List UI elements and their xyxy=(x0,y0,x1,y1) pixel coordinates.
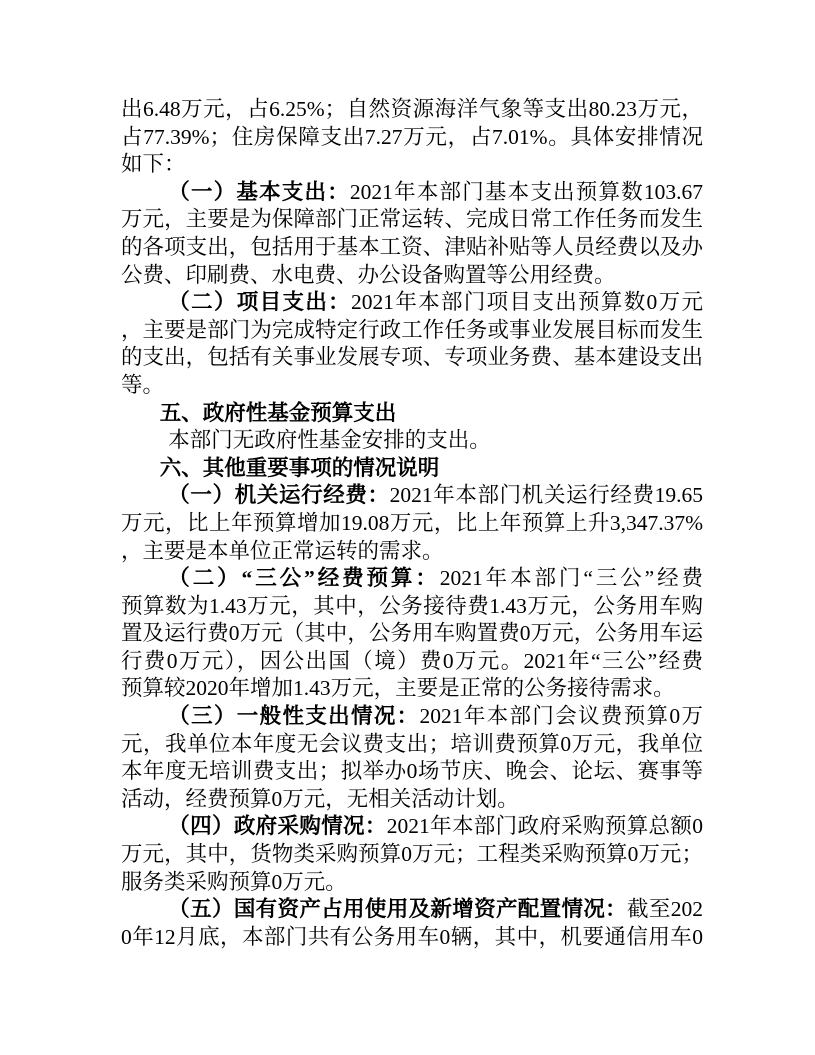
document-page: 出6.48万元，占6.25%；自然资源海洋气象等支出80.23万元，占77.39… xyxy=(0,0,815,1055)
line-text: 2021年本部门项目支出预算数0万元 xyxy=(351,290,703,314)
text-line: ，主要是本单位正常运转的需求。 xyxy=(121,538,703,566)
text-line: 的支出，包括有关事业发展专项、专项业务费、基本建设支出 xyxy=(121,344,703,372)
text-line: （三）一般性支出情况：2021年本部门会议费预算0万 xyxy=(121,703,703,731)
text-line: 等。 xyxy=(121,372,703,400)
line-bold-text: （二）“三公”经费预算： xyxy=(168,566,439,590)
text-line: 六、其他重要事项的情况说明 xyxy=(121,455,703,483)
text-line: 本部门无政府性基金安排的支出。 xyxy=(121,427,703,455)
line-text: 2021年本部门“三公”经费 xyxy=(440,566,703,590)
line-text: 2021年本部门机关运行经费19.65 xyxy=(390,483,703,507)
line-bold-text: （二）项目支出： xyxy=(168,290,351,314)
text-line: ，主要是部门为完成特定行政工作任务或事业发展目标而发生 xyxy=(121,317,703,345)
text-line: （二）“三公”经费预算：2021年本部门“三公”经费 xyxy=(121,565,703,593)
line-text: 2021年本部门会议费预算0万 xyxy=(420,704,703,728)
line-text: 活动，经费预算0万元，无相关活动计划。 xyxy=(121,787,519,811)
line-bold-text: （三）一般性支出情况： xyxy=(168,704,419,728)
text-line: 万元，其中，货物类采购预算0万元；工程类采购预算0万元； xyxy=(121,841,703,869)
line-text: ，主要是本单位正常运转的需求。 xyxy=(121,539,444,563)
text-line: 服务类采购预算0万元。 xyxy=(121,869,703,897)
line-text: ，主要是部门为完成特定行政工作任务或事业发展目标而发生 xyxy=(121,318,703,342)
text-line: 占77.39%；住房保障支出7.27万元，占7.01%。具体安排情况 xyxy=(121,124,703,152)
line-text: 本年度无培训费支出；拟举办0场节庆、晚会、论坛、赛事等 xyxy=(121,759,703,783)
line-text: 2021年本部门政府采购预算总额0 xyxy=(387,814,703,838)
text-line: （二）项目支出：2021年本部门项目支出预算数0万元 xyxy=(121,289,703,317)
line-text: 0年12月底，本部门共有公务用车0辆，其中，机要通信用车0 xyxy=(121,925,703,949)
line-text: 如下： xyxy=(121,152,186,176)
line-bold-text: 五、政府性基金预算支出 xyxy=(160,401,397,425)
text-line: 出6.48万元，占6.25%；自然资源海洋气象等支出80.23万元， xyxy=(121,96,703,124)
text-line: （四）政府采购情况：2021年本部门政府采购预算总额0 xyxy=(121,813,703,841)
line-text: 截至202 xyxy=(627,897,703,921)
text-line: 元，我单位本年度无会议费支出；培训费预算0万元，我单位 xyxy=(121,731,703,759)
line-bold-text: （一）机关运行经费： xyxy=(168,483,389,507)
line-text: 的支出，包括有关事业发展专项、专项业务费、基本建设支出 xyxy=(121,345,703,369)
line-text: 万元，比上年预算增加19.08万元，比上年预算上升3,347.37% xyxy=(121,511,703,535)
line-text: 2021年本部门基本支出预算数103.67 xyxy=(350,180,703,204)
line-bold-text: （四）政府采购情况： xyxy=(168,814,386,838)
line-text: 预算数为1.43万元，其中，公务接待费1.43万元，公务用车购 xyxy=(121,594,703,618)
text-line: （五）国有资产占用使用及新增资产配置情况：截至202 xyxy=(121,896,703,924)
line-text: 公费、印刷费、水电费、办公设备购置等公用经费。 xyxy=(121,263,616,287)
line-text: 万元，主要是为保障部门正常运转、完成日常工作任务而发生 xyxy=(121,207,703,231)
text-line: 五、政府性基金预算支出 xyxy=(121,400,703,428)
text-line: 预算较2020年增加1.43万元，主要是正常的公务接待需求。 xyxy=(121,675,703,703)
line-text: 行费0万元），因公出国（境）费0万元。2021年“三公”经费 xyxy=(121,649,703,673)
line-text: 等。 xyxy=(121,373,164,397)
line-bold-text: （五）国有资产占用使用及新增资产配置情况： xyxy=(168,897,627,921)
line-bold-text: 六、其他重要事项的情况说明 xyxy=(160,456,440,480)
text-line: 活动，经费预算0万元，无相关活动计划。 xyxy=(121,786,703,814)
line-text: 本部门无政府性基金安排的支出。 xyxy=(168,428,491,452)
text-line: （一）基本支出：2021年本部门基本支出预算数103.67 xyxy=(121,179,703,207)
text-block: 出6.48万元，占6.25%；自然资源海洋气象等支出80.23万元，占77.39… xyxy=(121,96,703,951)
line-text: 置及运行费0万元（其中，公务用车购置费0万元，公务用车运 xyxy=(121,621,703,645)
text-line: 万元，比上年预算增加19.08万元，比上年预算上升3,347.37% xyxy=(121,510,703,538)
line-text: 预算较2020年增加1.43万元，主要是正常的公务接待需求。 xyxy=(121,676,675,700)
text-line: 公费、印刷费、水电费、办公设备购置等公用经费。 xyxy=(121,262,703,290)
text-line: 置及运行费0万元（其中，公务用车购置费0万元，公务用车运 xyxy=(121,620,703,648)
text-line: 的各项支出，包括用于基本工资、津贴补贴等人员经费以及办 xyxy=(121,234,703,262)
line-bold-text: （一）基本支出： xyxy=(168,180,350,204)
text-line: 行费0万元），因公出国（境）费0万元。2021年“三公”经费 xyxy=(121,648,703,676)
line-text: 万元，其中，货物类采购预算0万元；工程类采购预算0万元； xyxy=(121,842,703,866)
text-line: 本年度无培训费支出；拟举办0场节庆、晚会、论坛、赛事等 xyxy=(121,758,703,786)
line-text: 占77.39%；住房保障支出7.27万元，占7.01%。具体安排情况 xyxy=(121,125,703,149)
line-text: 服务类采购预算0万元。 xyxy=(121,870,347,894)
text-line: （一）机关运行经费：2021年本部门机关运行经费19.65 xyxy=(121,482,703,510)
text-line: 0年12月底，本部门共有公务用车0辆，其中，机要通信用车0 xyxy=(121,924,703,952)
line-text: 元，我单位本年度无会议费支出；培训费预算0万元，我单位 xyxy=(121,732,703,756)
line-text: 的各项支出，包括用于基本工资、津贴补贴等人员经费以及办 xyxy=(121,235,703,259)
text-line: 万元，主要是为保障部门正常运转、完成日常工作任务而发生 xyxy=(121,206,703,234)
line-text: 出6.48万元，占6.25%；自然资源海洋气象等支出80.23万元， xyxy=(121,97,703,121)
text-line: 预算数为1.43万元，其中，公务接待费1.43万元，公务用车购 xyxy=(121,593,703,621)
text-line: 如下： xyxy=(121,151,703,179)
